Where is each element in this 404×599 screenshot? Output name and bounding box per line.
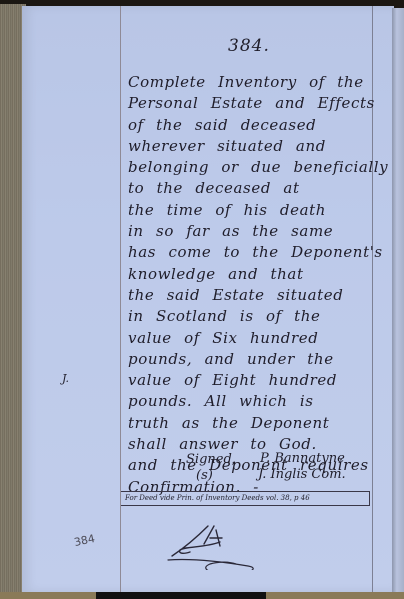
text-line: to the deceased at — [128, 178, 368, 199]
text-line: in so far as the same — [128, 221, 368, 242]
commissioner-signature: J. Inglis Com. — [258, 467, 346, 482]
attest-mark: (s) — [196, 468, 213, 483]
margin-mark: J. — [62, 372, 69, 385]
text-line: truth as the Deponent — [128, 413, 368, 434]
text-line: the time of his death — [128, 200, 368, 221]
text-line: pounds. All which is — [128, 391, 368, 412]
text-line: belonging or due beneficially — [128, 157, 368, 178]
signed-label: Signed, — [186, 452, 236, 467]
book-scan: 384. Complete Inventory of the Personal … — [0, 0, 404, 599]
text-line: knowledge and that — [128, 264, 368, 285]
right-page-edge — [392, 8, 404, 592]
initials-flourish-icon — [164, 518, 264, 570]
text-line: Personal Estate and Effects — [128, 93, 368, 114]
text-line: wherever situated and — [128, 136, 368, 157]
text-line: pounds, and under the — [128, 349, 368, 370]
deed-reference-box: For Deed vide Prin. of Inventory Deeds v… — [121, 491, 370, 506]
text-line: has come to the Deponent's — [128, 242, 368, 263]
inventory-text: Complete Inventory of the Personal Estat… — [128, 72, 368, 498]
text-line: value of Six hundred — [128, 328, 368, 349]
deponent-signature: P. Bannatyne — [260, 451, 345, 466]
text-line: value of Eight hundred — [128, 370, 368, 391]
bottom-edge — [0, 592, 404, 599]
text-line: the said Estate situated — [128, 285, 368, 306]
text-line: Complete Inventory of the — [128, 72, 368, 93]
deed-reference: For Deed vide Prin. of Inventory Deeds v… — [125, 492, 310, 505]
text-line: in Scotland is of the — [128, 306, 368, 327]
folio-number: 384. — [228, 36, 270, 56]
text-line: of the said deceased — [128, 115, 368, 136]
